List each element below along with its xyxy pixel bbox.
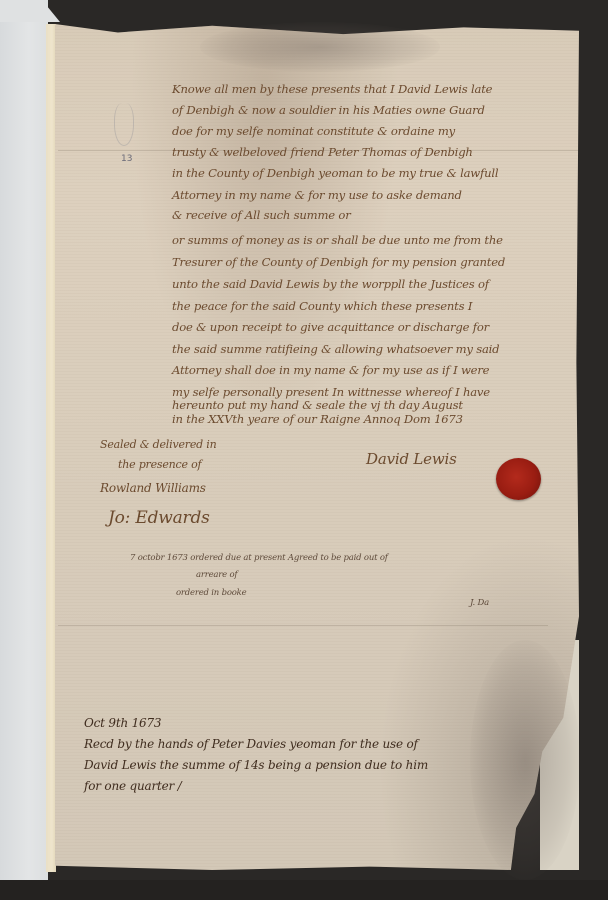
body-line: of Denbigh & now a souldier in his Matie… — [172, 103, 485, 117]
fold-line — [58, 625, 548, 626]
annotation-line: arreare of — [196, 570, 237, 580]
witness-clause: Sealed & delivered in — [100, 438, 216, 451]
body-line: doe & upon receipt to give acquittance o… — [172, 320, 489, 334]
receipt-line: David Lewis the summe of 14s being a pen… — [84, 758, 428, 772]
body-line: in the XXVth yeare of our Raigne Annoq D… — [172, 412, 463, 426]
body-line: Attorney in my name & for my use to aske… — [172, 188, 462, 202]
body-line: trusty & welbeloved friend Peter Thomas … — [172, 145, 473, 159]
receipt-line: for one quarter / — [84, 779, 182, 793]
wax-seal — [496, 458, 541, 500]
mount-board-bottom — [0, 880, 608, 900]
mount-board-left — [0, 0, 48, 900]
body-line: the peace for the said County which thes… — [172, 299, 472, 313]
body-line: the said summe ratifieing & allowing wha… — [172, 342, 499, 356]
body-line: or summs of money as is or shall be due … — [172, 233, 503, 247]
annotation-line: ordered in booke — [176, 588, 246, 598]
witness-clause: the presence of — [118, 458, 201, 471]
pencil-mark — [114, 103, 134, 146]
body-line: Tresurer of the County of Denbigh for my… — [172, 255, 505, 269]
principal-signature: David Lewis — [366, 450, 457, 468]
body-line: Knowe all men by these presents that I D… — [172, 82, 492, 96]
water-stain — [200, 22, 440, 72]
water-stain — [470, 640, 580, 880]
annotation-initials: J. Da — [470, 598, 489, 608]
annotation-line: 7 octobr 1673 ordered due at present Agr… — [130, 553, 388, 563]
receipt-line: Recd by the hands of Peter Davies yeoman… — [84, 737, 418, 751]
witness-signature: Rowland Williams — [100, 481, 206, 495]
folio-number: 13 — [121, 154, 132, 164]
guard-strip — [46, 24, 56, 872]
receipt-line: Oct 9th 1673 — [84, 716, 161, 730]
body-line: my selfe personally present In wittnesse… — [172, 385, 490, 399]
witness-signature: Jo: Edwards — [108, 508, 210, 528]
body-line: in the County of Denbigh yeoman to be my… — [172, 166, 498, 180]
body-line: doe for my selfe nominat constitute & or… — [172, 124, 455, 138]
body-line: unto the said David Lewis by the worppll… — [172, 277, 489, 291]
mount-board-corner — [0, 0, 60, 22]
body-line: hereunto put my hand & seale the vj th d… — [172, 398, 463, 412]
body-line: & receive of All such summe or — [172, 208, 351, 222]
body-line: Attorney shall doe in my name & for my u… — [172, 363, 489, 377]
